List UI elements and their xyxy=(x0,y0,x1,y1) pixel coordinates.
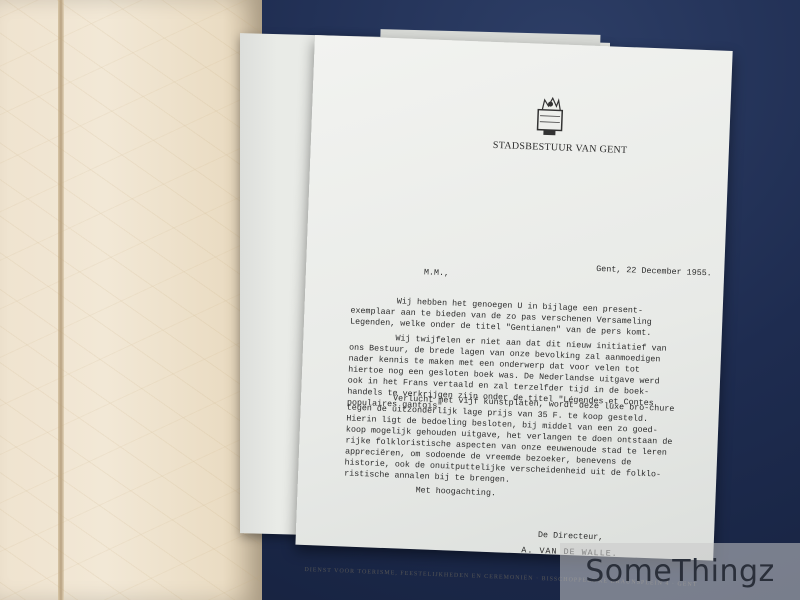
watermark: SomeThingz xyxy=(560,543,800,600)
signature-title: De Directeur, xyxy=(538,530,604,544)
paragraph-3: Verlucht met vijf kunstplaten, wordt dez… xyxy=(344,392,677,493)
watermark-text: SomeThingz xyxy=(585,554,775,589)
letter-sheet: STADSBESTUUR VAN GENT Gent, 22 December … xyxy=(295,35,732,561)
marbled-pattern xyxy=(0,0,262,600)
book-endpaper-left xyxy=(0,0,262,600)
salutation: M.M., xyxy=(424,267,450,279)
letter-date: Gent, 22 December 1955. xyxy=(596,264,712,279)
paragraph-text: Verlucht met vijf kunstplaten, wordt dez… xyxy=(344,392,677,493)
letterhead: STADSBESTUUR VAN GENT xyxy=(493,140,628,156)
coat-of-arms-icon xyxy=(529,95,571,141)
closing: Met hoogachting. xyxy=(415,485,496,499)
